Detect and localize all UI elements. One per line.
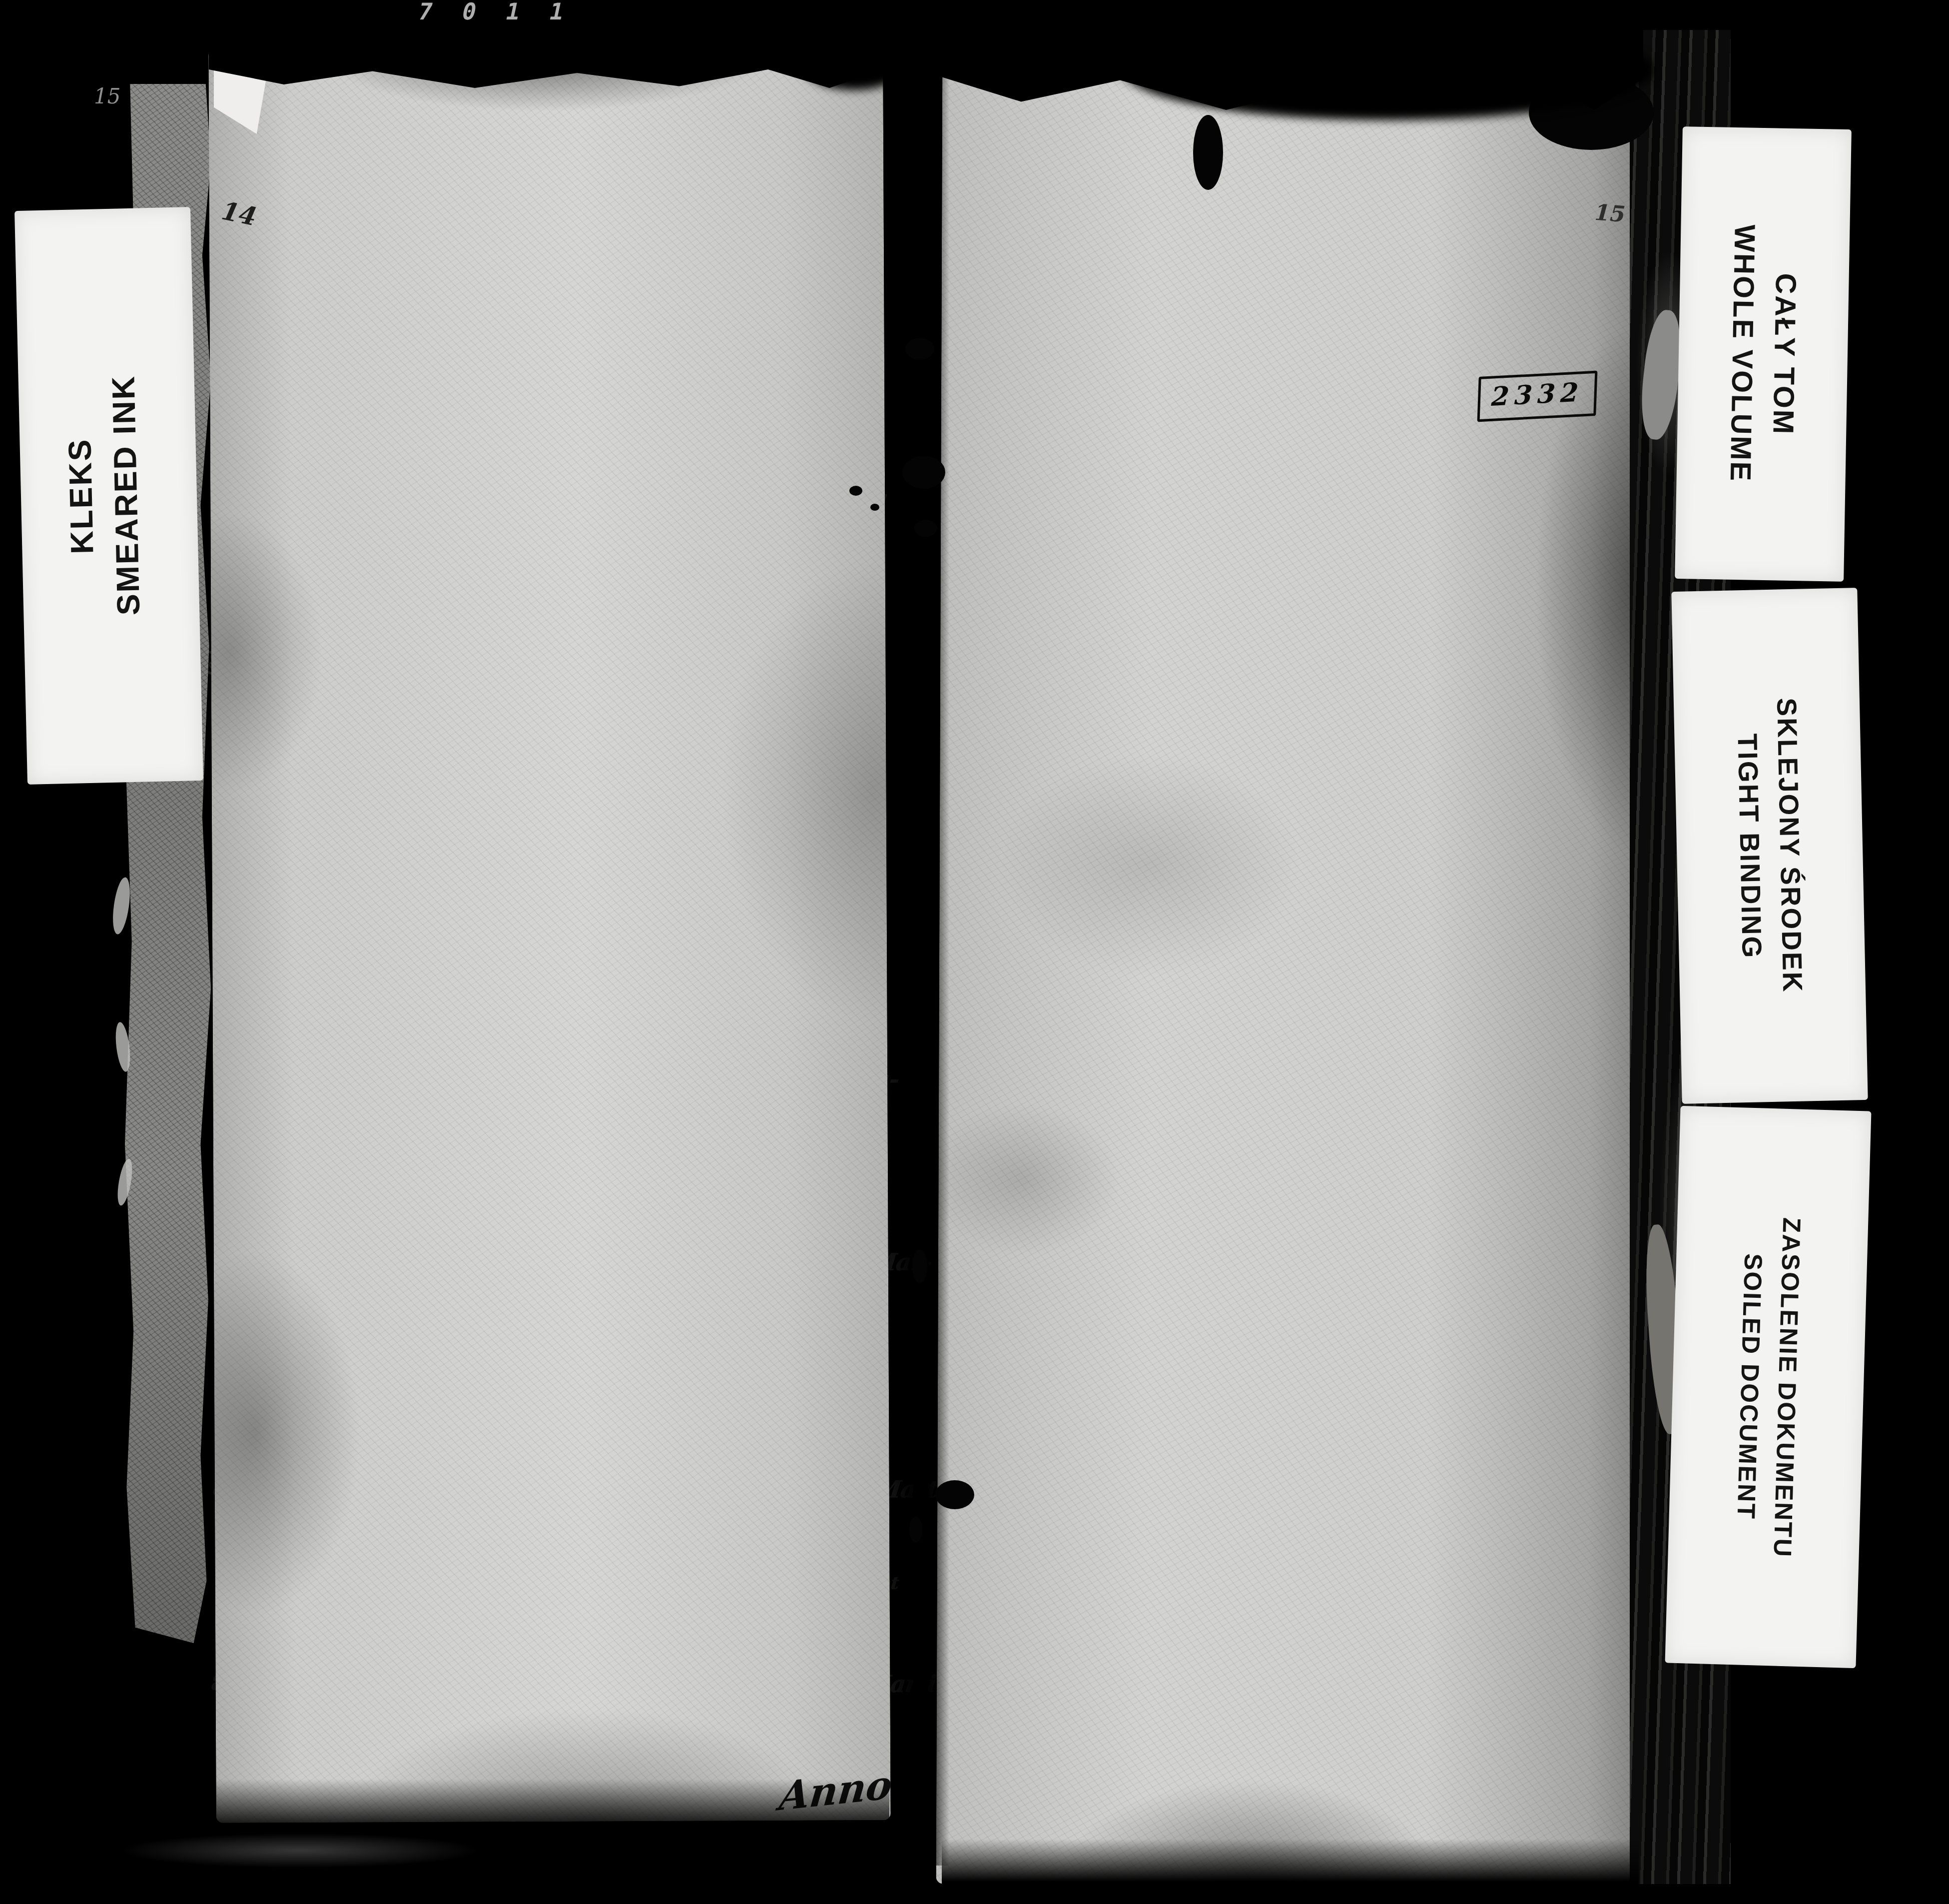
archive-stamp: 2332 [1477, 371, 1598, 422]
bottom-shadow-left [212, 1779, 889, 1827]
manuscript-page-right [936, 30, 1642, 1887]
label-text-pl: KLEKS [56, 376, 106, 617]
label-card-tight-binding: SKLEJONY ŚRODEK TIGHT BINDING [1671, 588, 1868, 1104]
ink-smear [799, 30, 909, 90]
ink-blob [902, 456, 945, 489]
ink-blob [870, 504, 879, 511]
label-card-whole-volume: CAŁY TOM WHOLE VOLUME [1675, 126, 1852, 582]
label-card-smeared-ink: KLEKS SMEARED INK [14, 207, 203, 785]
ink-smear [1124, 20, 1654, 120]
floor-smudge [120, 1833, 480, 1868]
bottom-shadow-right [942, 1839, 1639, 1889]
pencil-folio-right: 15 [1594, 200, 1626, 227]
label-text-pl: CAŁY TOM [1761, 225, 1807, 483]
ink-blob [1193, 115, 1223, 190]
paper-curl [110, 876, 133, 935]
manuscript-page-left [208, 46, 890, 1823]
book-gutter-core [913, 29, 928, 1866]
ink-blob [905, 338, 934, 360]
ink-blob [909, 1517, 922, 1543]
ink-blob [849, 486, 862, 496]
ink-blob [935, 1480, 974, 1509]
microfilm-scan: rtino Zowgiczy wyzysud qual to Emco berg… [0, 0, 1949, 1904]
pencil-corner-mark: 15 [94, 84, 120, 108]
ink-blob [912, 1249, 927, 1283]
ink-blob [914, 520, 937, 537]
label-card-soiled-document: ZASOLENIE DOKUMENTU SOILED DOCUMENT [1665, 1106, 1872, 1668]
label-text-pl: SKLEJONY ŚRODEK [1767, 697, 1813, 993]
label-text-en: TIGHT BINDING [1727, 698, 1773, 994]
film-frame-marks: 7 0 1 1 [416, 0, 574, 23]
label-text-en: WHOLE VOLUME [1719, 224, 1765, 483]
label-text-en: SMEARED INK [101, 375, 151, 616]
